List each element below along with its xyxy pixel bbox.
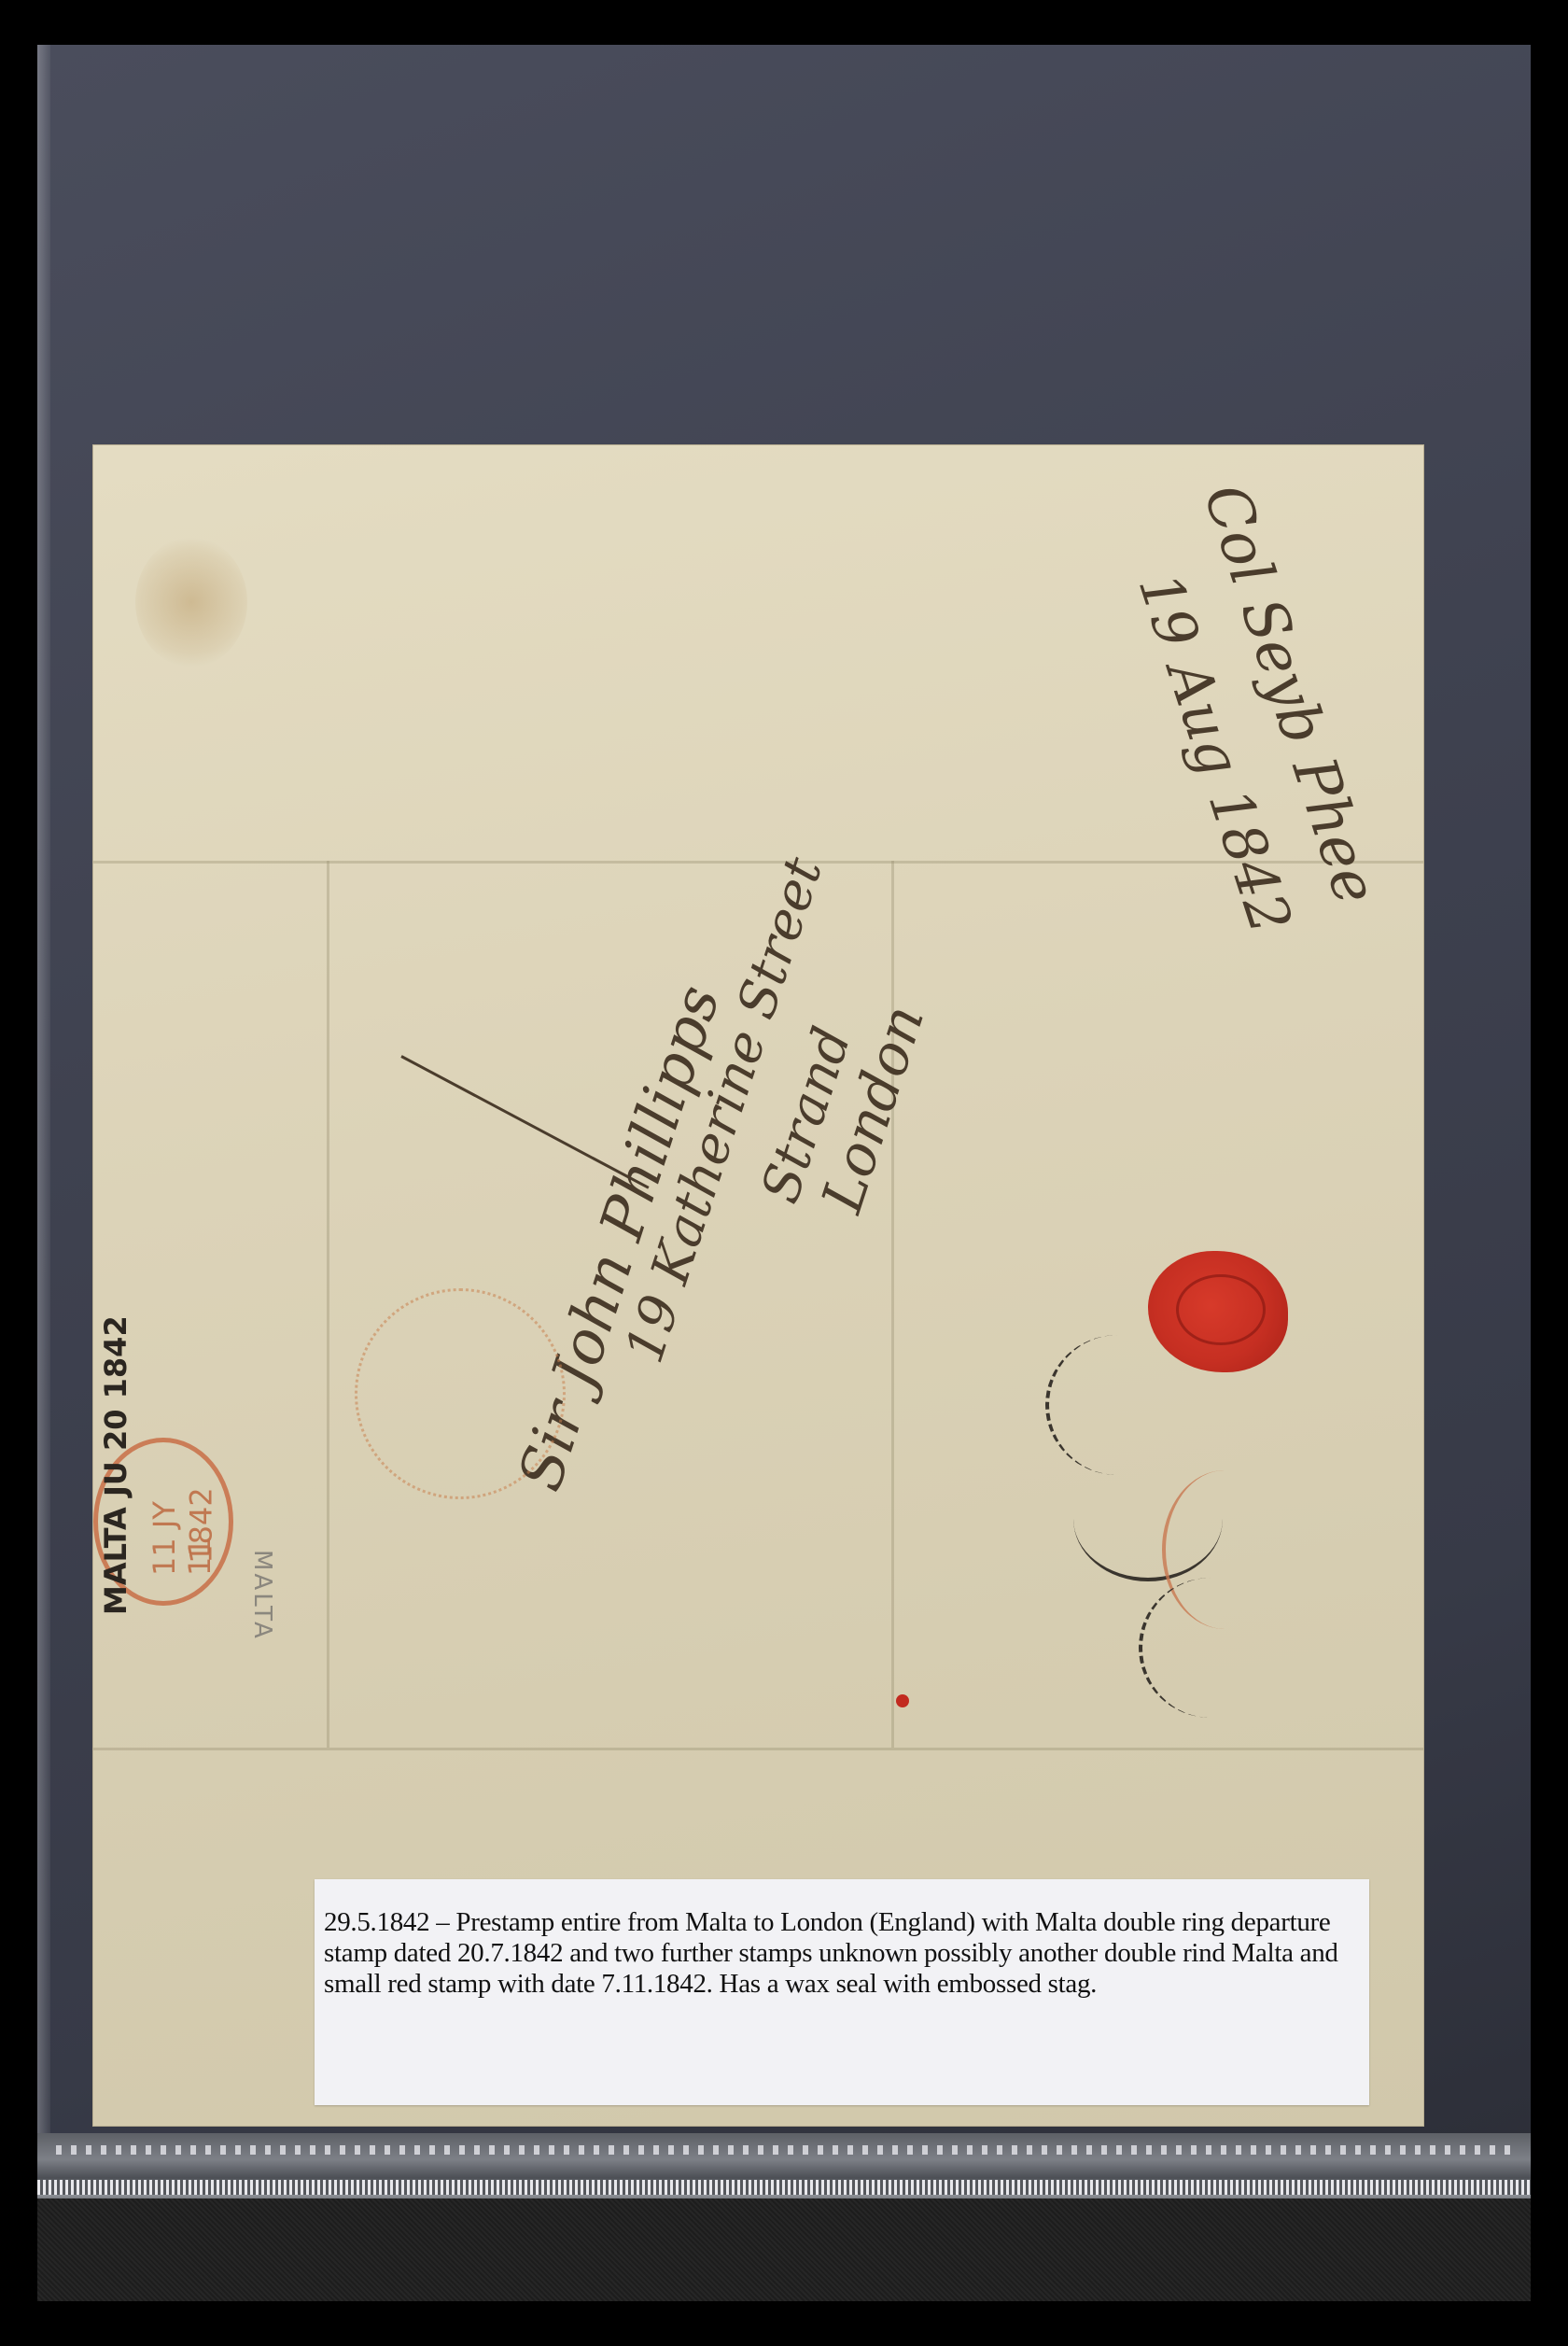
- plastic-sleeve-edge: [37, 45, 50, 2234]
- sleeve-seam: [37, 2180, 1531, 2195]
- fold-line-right: [891, 861, 894, 1748]
- malta-postmark: MALTA JU 20 1842: [98, 1315, 133, 1615]
- caption-label: 29.5.1842 – Prestamp entire from Malta t…: [315, 1879, 1369, 2105]
- wax-seal-emboss: [1176, 1274, 1266, 1345]
- faint-red-postmark: [355, 1288, 566, 1499]
- sleeve-bottom-strip: [37, 2133, 1531, 2208]
- dark-felt-background: [37, 2198, 1531, 2301]
- sleeve-perforation: [56, 2145, 1512, 2155]
- malta-postmark-date: JU 20: [98, 1409, 133, 1496]
- fold-line-bottom: [93, 1748, 1423, 1750]
- pencil-malta-note: MALTA: [248, 1550, 276, 1641]
- foxing-stain: [135, 537, 247, 667]
- malta-postmark-year: 1842: [98, 1315, 133, 1398]
- red-postmark-year: 1842: [184, 1487, 219, 1563]
- red-wax-spot: [896, 1694, 909, 1707]
- caption-text: 29.5.1842 – Prestamp entire from Malta t…: [324, 1907, 1352, 2000]
- postmark-arc: [1139, 1578, 1282, 1718]
- malta-postmark-name: MALTA: [98, 1507, 133, 1615]
- fold-line-left: [327, 861, 329, 1748]
- postmark-arc: [1045, 1335, 1189, 1475]
